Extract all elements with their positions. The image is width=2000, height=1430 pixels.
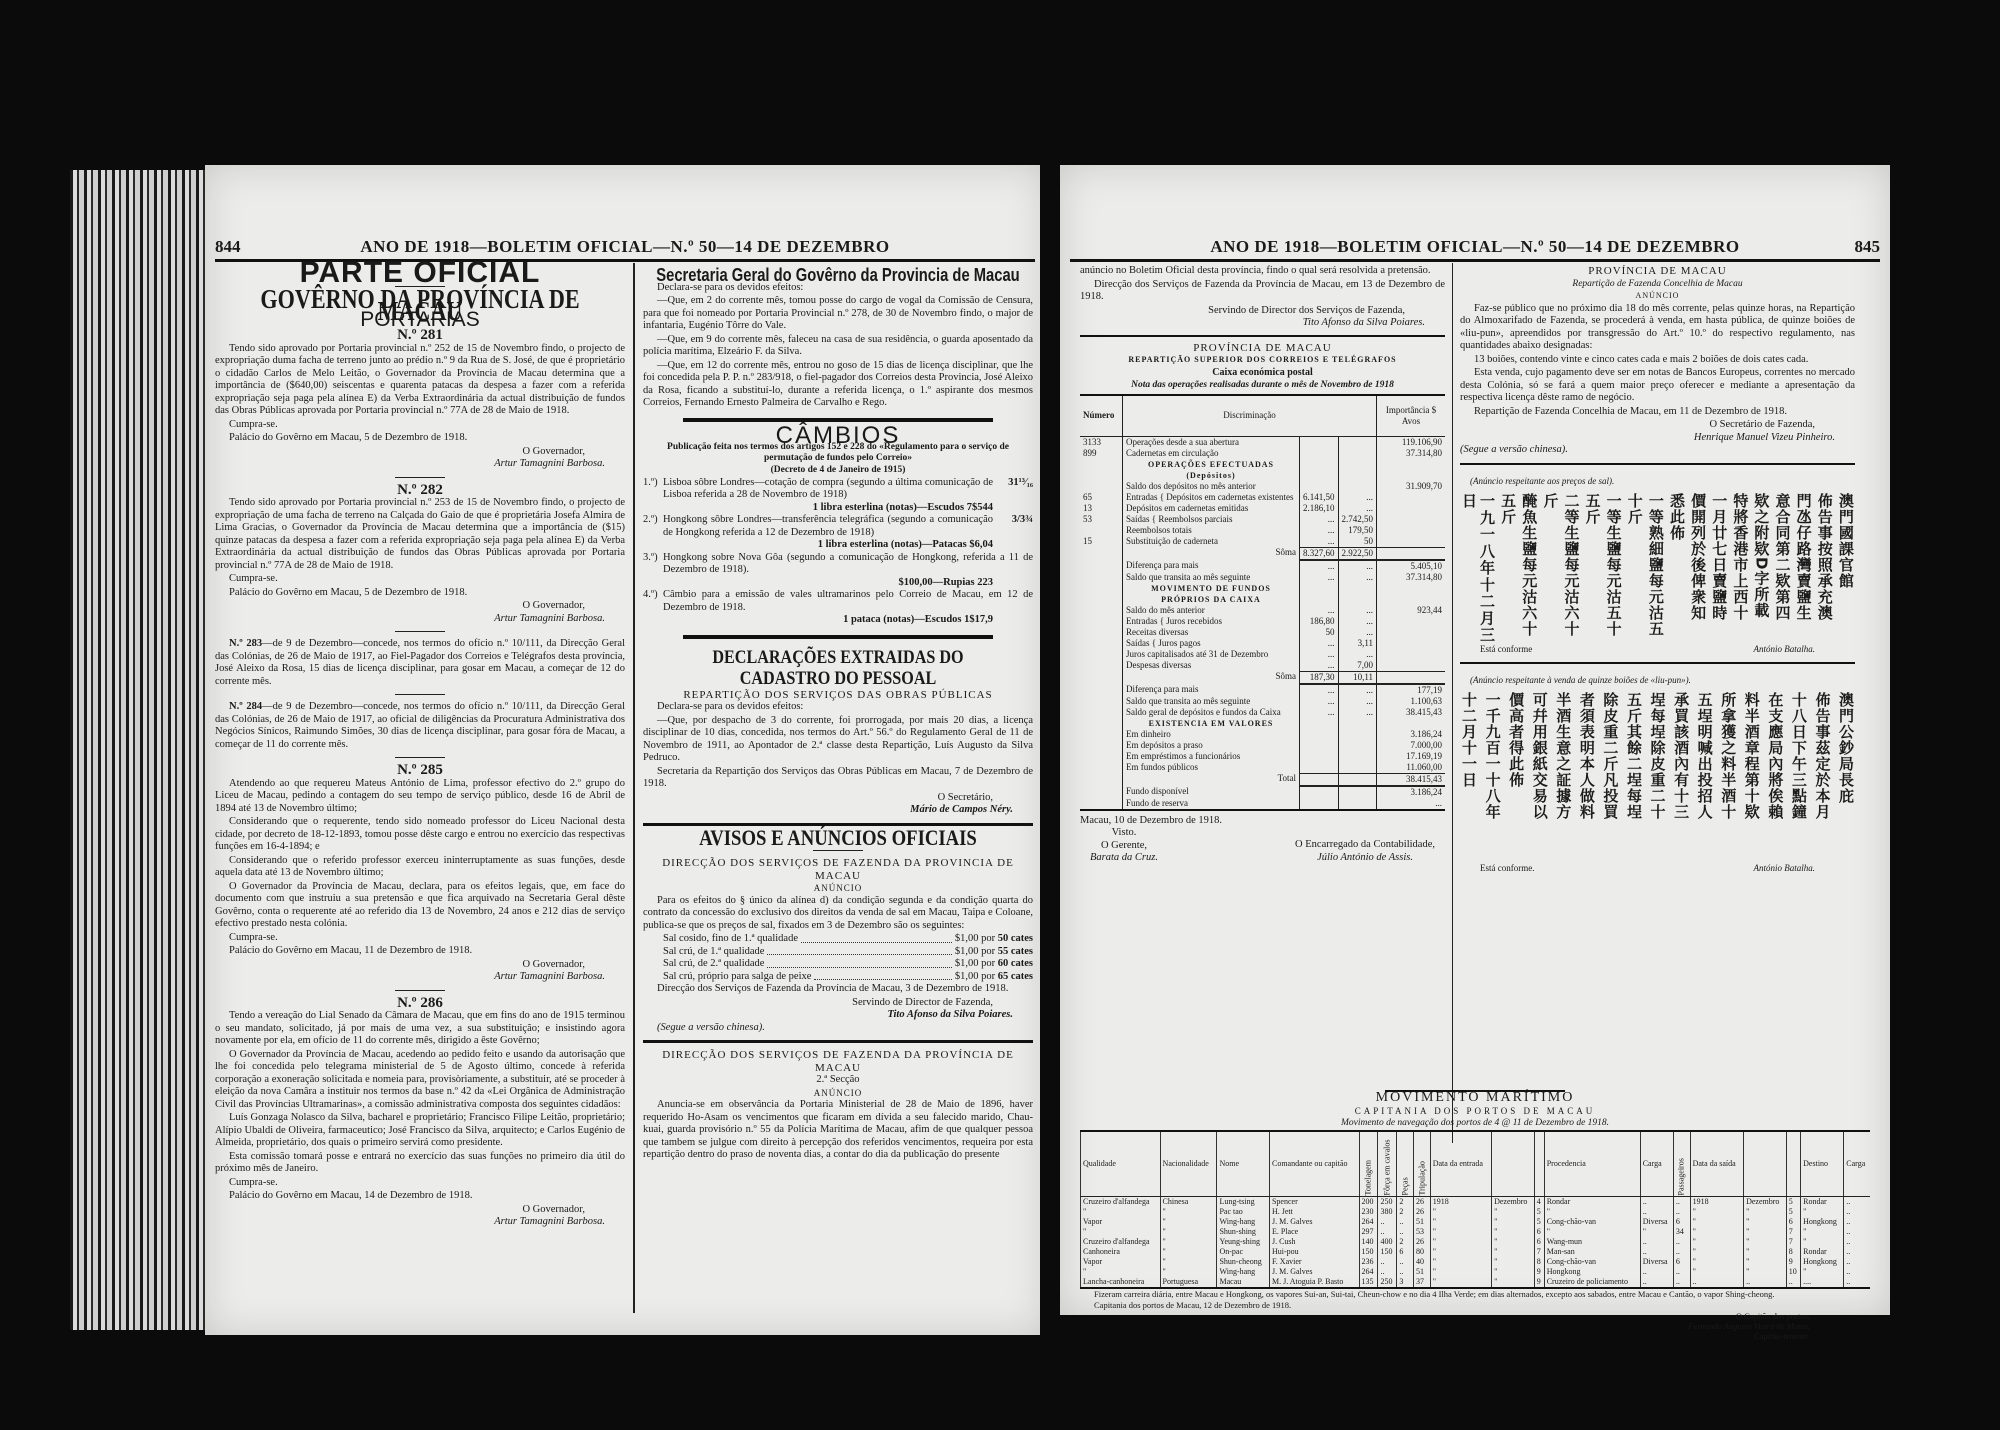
- table-cell: ..: [1844, 1257, 1870, 1267]
- table-cell: ..: [1640, 1237, 1673, 1247]
- importancia-cell: [1377, 627, 1446, 638]
- importancia-cell: 17.169,19: [1377, 751, 1446, 762]
- label-cell: Em dinheiro: [1123, 729, 1300, 740]
- importancia-cell: [1377, 492, 1446, 503]
- saidas-cell: ...: [1338, 707, 1377, 718]
- table-cell: ": [1744, 1227, 1787, 1237]
- entradas-cell: ...: [1300, 605, 1339, 616]
- caixa-row: 65Entradas { Depósitos em cadernetas exi…: [1080, 492, 1445, 503]
- caixa-row: Diferença para mais......5.405,10: [1080, 560, 1445, 572]
- table-cell: 1918: [1690, 1196, 1743, 1207]
- table-cell: ": [1690, 1267, 1743, 1277]
- table-cell: 135: [1359, 1277, 1378, 1288]
- chinese-text-column: 五斤: [1499, 493, 1517, 643]
- table-cell: ": [1081, 1227, 1161, 1237]
- governo-heading: GOVÊRNO DA PROVÍNCIA DE MACAU: [252, 293, 588, 318]
- chinese-text-column: 澳門公鈔局長庇: [1837, 692, 1855, 862]
- label-cell: Total: [1123, 773, 1300, 786]
- table-cell: 150: [1378, 1247, 1397, 1257]
- table-cell: ": [1690, 1247, 1743, 1257]
- num-cell: [1080, 638, 1123, 649]
- importancia-cell: [1377, 638, 1446, 649]
- entradas-cell: ...: [1300, 525, 1339, 536]
- caixa-row: Fundo de reserva...: [1080, 798, 1445, 810]
- portaria-286: N.º 286 Tendo a vereação do Lial Senado …: [215, 997, 625, 1229]
- table-cell: ..: [1844, 1227, 1870, 1237]
- table-cell: Pac tao: [1217, 1207, 1270, 1217]
- caixa-row: EXISTENCIA EM VALORES: [1080, 718, 1445, 729]
- chinese-text-column: 門氹仔路灣賣鹽生: [1795, 493, 1813, 643]
- saidas-cell: 3,11: [1338, 638, 1377, 649]
- importancia-cell: 37.314,80: [1377, 448, 1446, 459]
- table-cell: M. J. Atoguia P. Basto: [1269, 1277, 1359, 1288]
- chinese-salt-notice: (Anúncio respeitante aos preços de sal).…: [1460, 475, 1855, 656]
- price-row: Sal cosido, fino de 1.ª qualidade$1,00 p…: [643, 933, 1033, 946]
- table-cell: ..: [1744, 1277, 1787, 1288]
- importancia-cell: [1377, 671, 1446, 684]
- chinese-text-column: 澳門國課官館: [1837, 493, 1855, 643]
- entradas-cell: ...: [1300, 638, 1339, 649]
- table-row: Lancha-canhoneiraPortuguesaMacauM. J. At…: [1081, 1277, 1871, 1288]
- column-header: [1786, 1131, 1800, 1197]
- column-divider: [1452, 263, 1453, 1143]
- table-cell: Cong-chão-van: [1544, 1257, 1640, 1267]
- entradas-cell: [1300, 718, 1339, 729]
- table-cell: ....: [1801, 1277, 1844, 1288]
- table-cell: 5: [1534, 1217, 1544, 1227]
- table-cell: ..: [1640, 1277, 1673, 1288]
- column-header: Qualidade: [1081, 1131, 1161, 1197]
- running-title: ANO DE 1918—BOLETIM OFICIAL—N.º 50—14 DE…: [215, 237, 1035, 257]
- table-cell: 40: [1414, 1257, 1431, 1267]
- signature: Artur Tamagnini Barbosa.: [215, 1216, 625, 1229]
- caixa-row: MOVIMENTO DE FUNDOS PRÓPRIOS DA CAIXA: [1080, 583, 1445, 605]
- table-cell: ": [1801, 1267, 1844, 1277]
- label-cell: Saldo que transita ao mês seguinte: [1123, 696, 1300, 707]
- table-cell: ": [1492, 1267, 1535, 1277]
- table-cell: ": [1430, 1257, 1491, 1267]
- saidas-cell: 179,50: [1338, 525, 1377, 536]
- table-cell: ..: [1673, 1237, 1690, 1247]
- importancia-cell: 38.415,43: [1377, 707, 1446, 718]
- table-cell: ": [1492, 1227, 1535, 1237]
- importancia-cell: 5.405,10: [1377, 560, 1446, 572]
- table-cell: ": [1801, 1237, 1844, 1247]
- table-cell: 264: [1359, 1217, 1378, 1227]
- table-cell: ": [1690, 1227, 1743, 1237]
- chinese-text-column: 悉此佈: [1668, 493, 1686, 643]
- label-cell: Saídas { Reembolsos parciais: [1123, 514, 1300, 525]
- column-header: Nacionalidade: [1160, 1131, 1217, 1197]
- saidas-cell: [1338, 481, 1377, 492]
- importancia-cell: [1377, 536, 1446, 548]
- saidas-cell: [1338, 751, 1377, 762]
- table-row: Vapor"Wing-hangJ. M. Galves264....51""5C…: [1081, 1217, 1871, 1227]
- column-header: Nome: [1217, 1131, 1270, 1197]
- chinese-text-column: 意合同第二欵第四: [1774, 493, 1792, 643]
- caixa-row: Saídas { Juros pagos...3,11: [1080, 638, 1445, 649]
- saidas-cell: ...: [1338, 503, 1377, 514]
- book-page-edges: [70, 170, 210, 1330]
- table-cell: 400: [1378, 1237, 1397, 1247]
- num-cell: 3133: [1080, 436, 1123, 448]
- chinese-text-column: 佈告事按照承充澳: [1816, 493, 1834, 643]
- portaria-285: N.º 285 Atendendo ao que requereu Mateus…: [215, 764, 625, 984]
- table-cell: Rondar: [1801, 1196, 1844, 1207]
- table-cell: 9: [1534, 1277, 1544, 1288]
- table-cell: ": [1744, 1267, 1787, 1277]
- label-cell: Saldo que transita ao mês seguinte: [1123, 572, 1300, 583]
- table-row: ""Shun-shingE. Place297....53""6""34""7"…: [1081, 1227, 1871, 1237]
- caixa-row: Juros capitalisados até 31 de Dezembro..…: [1080, 649, 1445, 660]
- chinese-text-column: 埕每埕除皮重二十: [1649, 692, 1667, 862]
- saidas-cell: ...: [1338, 560, 1377, 572]
- table-cell: Cruzeiro de policiamento: [1544, 1277, 1640, 1288]
- entradas-cell: 186,80: [1300, 616, 1339, 627]
- table-cell: Hongkong: [1801, 1217, 1844, 1227]
- table-cell: Man-san: [1544, 1247, 1640, 1257]
- table-cell: ..: [1673, 1247, 1690, 1257]
- label-cell: Sôma: [1123, 671, 1300, 684]
- importancia-cell: 31.909,70: [1377, 481, 1446, 492]
- saidas-cell: 10,11: [1338, 671, 1377, 684]
- label-cell: Depósitos em cadernetas emitidas: [1123, 503, 1300, 514]
- signature: Artur Tamagnini Barbosa.: [215, 971, 625, 984]
- column-divider: [633, 263, 635, 1313]
- table-cell: 37: [1414, 1277, 1431, 1288]
- table-cell: 6: [1673, 1257, 1690, 1267]
- table-cell: ..: [1378, 1267, 1397, 1277]
- table-cell: ..: [1844, 1267, 1870, 1277]
- table-cell: Dezembro: [1744, 1196, 1787, 1207]
- table-cell: ..: [1844, 1196, 1870, 1207]
- importancia-cell: 7.000,00: [1377, 740, 1446, 751]
- saidas-cell: [1338, 459, 1377, 481]
- table-cell: ..: [1640, 1196, 1673, 1207]
- table-cell: Wang-mun: [1544, 1237, 1640, 1247]
- caixa-row: Saldo que transita ao mês seguinte......…: [1080, 696, 1445, 707]
- table-cell: 9: [1534, 1267, 1544, 1277]
- table-cell: H. Jett: [1269, 1207, 1359, 1217]
- num-cell: [1080, 684, 1123, 696]
- table-cell: Cong-chão-van: [1544, 1217, 1640, 1227]
- num-cell: [1080, 547, 1123, 560]
- label-cell: Saldo dos depósitos no mês anterior: [1123, 481, 1300, 492]
- table-cell: ": [1430, 1237, 1491, 1247]
- cambio-item: 3.º)Hongkong sobre Nova Gôa (segundo a c…: [643, 552, 1033, 577]
- price-row: Sal crú, próprio para salga de peixe$1,0…: [643, 971, 1033, 984]
- num-cell: [1080, 740, 1123, 751]
- table-cell: Rondar: [1801, 1247, 1844, 1257]
- table-row: Vapor"Shun-cheongF. Xavier236....40""8Co…: [1081, 1257, 1871, 1267]
- page-number: 845: [1855, 237, 1881, 257]
- chinese-text-column: 一等生鹽每元沽五十: [1605, 493, 1623, 643]
- signature: Artur Tamagnini Barbosa.: [215, 613, 625, 626]
- table-cell: ..: [1640, 1267, 1673, 1277]
- num-cell: 53: [1080, 514, 1123, 525]
- table-row: Cruzeiro d'alfandegaChinesaLung-tsingSpe…: [1081, 1196, 1871, 1207]
- caixa-row: Saldo do mês anterior......923,44: [1080, 605, 1445, 616]
- table-cell: ..: [1378, 1227, 1397, 1237]
- caixa-row: Em dinheiro3.186,24: [1080, 729, 1445, 740]
- importancia-cell: ...: [1377, 798, 1446, 810]
- num-cell: [1080, 481, 1123, 492]
- chinese-text-column: 十二月十一日: [1460, 692, 1478, 862]
- importancia-cell: [1377, 616, 1446, 627]
- num-cell: [1080, 798, 1123, 810]
- entradas-cell: [1300, 762, 1339, 774]
- chinese-text-column: 所拿獲之料半酒十: [1719, 692, 1737, 862]
- num-cell: 13: [1080, 503, 1123, 514]
- num-cell: [1080, 583, 1123, 605]
- table-cell: 5: [1534, 1207, 1544, 1217]
- table-cell: ": [1801, 1207, 1844, 1217]
- importancia-cell: 3.186,24: [1377, 729, 1446, 740]
- table-cell: On-pac: [1217, 1247, 1270, 1257]
- column-header: Procedencia: [1544, 1131, 1640, 1197]
- table-cell: Wing-hang: [1217, 1217, 1270, 1227]
- secretaria-heading: Secretaria Geral do Govêrno da Provincia…: [654, 269, 1023, 282]
- chinese-text-column: 五斤其餘二埕每埕: [1625, 692, 1643, 862]
- table-row: Cruzeiro d'alfandega"Yeung-shingJ. Cush1…: [1081, 1237, 1871, 1247]
- entradas-cell: [1300, 786, 1339, 798]
- table-cell: 250: [1378, 1196, 1397, 1207]
- table-cell: 200: [1359, 1196, 1378, 1207]
- table-cell: ..: [1844, 1217, 1870, 1227]
- entradas-cell: [1300, 798, 1339, 810]
- table-cell: ..: [1378, 1217, 1397, 1227]
- chinese-text-column: 特將香港市上西十: [1731, 493, 1749, 643]
- portaria-282: N.º 282 Tendo sido aprovado por Portaria…: [215, 484, 625, 626]
- label-cell: Reembolsos totais: [1123, 525, 1300, 536]
- fazenda-2-section: DIRECÇÃO DOS SERVIÇOS DE FAZENDA DA PROV…: [643, 1049, 1033, 1162]
- table-cell: Shun-shing: [1217, 1227, 1270, 1237]
- label-cell: Fundo disponível: [1123, 786, 1300, 798]
- label-cell: Operações desde a sua abertura: [1123, 436, 1300, 448]
- label-cell: Receitas diversas: [1123, 627, 1300, 638]
- declaracoes-section: DECLARAÇÕES EXTRAIDAS DO CADASTRO DO PES…: [643, 647, 1033, 817]
- num-cell: [1080, 786, 1123, 798]
- entradas-cell: [1300, 729, 1339, 740]
- saidas-cell: [1338, 798, 1377, 810]
- table-cell: Shun-cheong: [1217, 1257, 1270, 1267]
- caixa-row: Em depósitos a praso7.000,00: [1080, 740, 1445, 751]
- num-cell: [1080, 660, 1123, 672]
- table-cell: Lung-tsing: [1217, 1196, 1270, 1207]
- entradas-cell: [1300, 459, 1339, 481]
- table-cell: ..: [1844, 1237, 1870, 1247]
- num-cell: 15: [1080, 536, 1123, 548]
- table-cell: Canhoneira: [1081, 1247, 1161, 1257]
- table-cell: 8: [1786, 1247, 1800, 1257]
- saidas-cell: [1338, 718, 1377, 729]
- table-cell: ": [1801, 1227, 1844, 1237]
- table-cell: 51: [1414, 1267, 1431, 1277]
- table-cell: ..: [1378, 1257, 1397, 1267]
- table-cell: Cruzeiro d'alfandega: [1081, 1237, 1161, 1247]
- chinese-text-column: 斤: [1541, 493, 1559, 643]
- table-cell: ..: [1397, 1227, 1414, 1237]
- table-cell: ..: [1673, 1207, 1690, 1217]
- table-cell: 6: [1786, 1217, 1800, 1227]
- table-cell: 10: [1786, 1267, 1800, 1277]
- caixa-row: Diferença para mais......177,19: [1080, 684, 1445, 696]
- importancia-cell: 177,19: [1377, 684, 1446, 696]
- importancia-cell: [1377, 649, 1446, 660]
- chinese-text-column: 欵之附欵D字所載: [1752, 493, 1770, 643]
- num-cell: [1080, 762, 1123, 774]
- column-header: [1744, 1131, 1787, 1197]
- entradas-cell: ...: [1300, 536, 1339, 548]
- saidas-cell: [1338, 729, 1377, 740]
- num-cell: [1080, 560, 1123, 572]
- entradas-cell: 6.141,50: [1300, 492, 1339, 503]
- table-cell: 5: [1786, 1196, 1800, 1207]
- table-cell: 34: [1673, 1227, 1690, 1237]
- table-cell: 51: [1414, 1217, 1431, 1227]
- table-cell: Macau: [1217, 1277, 1270, 1288]
- label-cell: Despesas diversas: [1123, 660, 1300, 672]
- saidas-cell: [1338, 740, 1377, 751]
- portaria-283: N.º 283—de 9 de Dezembro—concede, nos te…: [215, 638, 625, 688]
- caixa-row: Total38.415,43: [1080, 773, 1445, 786]
- table-cell: ": [1690, 1237, 1743, 1247]
- entradas-cell: [1300, 751, 1339, 762]
- saidas-cell: [1338, 786, 1377, 798]
- table-cell: ": [1160, 1257, 1217, 1267]
- chinese-text-column: 半酒生意之証據方: [1554, 692, 1572, 862]
- importancia-cell: 11.060,00: [1377, 762, 1446, 774]
- entradas-cell: 8.327,60: [1300, 547, 1339, 560]
- label-cell: Diferença para mais: [1123, 684, 1300, 696]
- num-cell: [1080, 627, 1123, 638]
- num-cell: [1080, 729, 1123, 740]
- caixa-row: Fundo disponível3.186,24: [1080, 786, 1445, 798]
- table-cell: ": [1081, 1267, 1161, 1277]
- table-cell: ": [1690, 1207, 1743, 1217]
- label-cell: Entradas { Juros recebidos: [1123, 616, 1300, 627]
- caixa-row: Reembolsos totais...179,50: [1080, 525, 1445, 536]
- table-cell: 5: [1786, 1207, 1800, 1217]
- table-cell: ..: [1844, 1207, 1870, 1217]
- num-cell: [1080, 718, 1123, 729]
- table-cell: ": [1160, 1207, 1217, 1217]
- left-page: 844 ANO DE 1918—BOLETIM OFICIAL—N.º 50—1…: [205, 165, 1045, 1335]
- num-cell: [1080, 459, 1123, 481]
- label-cell: Saldo geral de depósitos e fundos da Cai…: [1123, 707, 1300, 718]
- table-cell: ": [1492, 1217, 1535, 1227]
- chinese-text-column: 承買該酒內有十三: [1672, 692, 1690, 862]
- table-cell: 26: [1414, 1196, 1431, 1207]
- table-cell: 7: [1786, 1227, 1800, 1237]
- importancia-cell: [1377, 660, 1446, 672]
- table-row: ""Pac taoH. Jett230380226""5"....""5"..: [1081, 1207, 1871, 1217]
- chinese-text-column: 可幷用銀紙交易以: [1531, 692, 1549, 862]
- entradas-cell: ...: [1300, 707, 1339, 718]
- cambio-item: 4.º)Câmbio para a emissão de vales ultra…: [643, 589, 1033, 614]
- table-cell: ": [1640, 1227, 1673, 1237]
- table-cell: E. Place: [1269, 1227, 1359, 1237]
- chinese-text-column: 五埕明喊出投招人: [1696, 692, 1714, 862]
- saidas-cell: [1338, 448, 1377, 459]
- caixa-row: Saldo dos depósitos no mês anterior31.90…: [1080, 481, 1445, 492]
- table-cell: ": [1744, 1257, 1787, 1267]
- caixa-row: Receitas diversas50...: [1080, 627, 1445, 638]
- chinese-text-column: 五斤: [1584, 493, 1602, 643]
- table-cell: ..: [1673, 1277, 1690, 1288]
- column-header: Tripulação: [1414, 1131, 1431, 1197]
- column-header: Fôrça em cavalos: [1378, 1131, 1397, 1197]
- entradas-cell: [1300, 740, 1339, 751]
- num-cell: [1080, 671, 1123, 684]
- table-cell: ": [1160, 1227, 1217, 1237]
- table-cell: F. Xavier: [1269, 1257, 1359, 1267]
- label-cell: Fundo de reserva: [1123, 798, 1300, 810]
- column-header: Data da entrada: [1430, 1131, 1491, 1197]
- table-cell: 250: [1378, 1277, 1397, 1288]
- table-cell: ": [1430, 1267, 1491, 1277]
- caixa-row: 899Cadernetas em circulação37.314,80: [1080, 448, 1445, 459]
- table-cell: 3: [1397, 1277, 1414, 1288]
- table-cell: ": [1430, 1247, 1491, 1257]
- table-cell: Rondar: [1544, 1196, 1640, 1207]
- table-cell: ": [1492, 1237, 1535, 1247]
- entradas-cell: ...: [1300, 560, 1339, 572]
- table-cell: 80: [1414, 1247, 1431, 1257]
- caixa-row: Em fundos públicos11.060,00: [1080, 762, 1445, 774]
- table-cell: Diversa: [1640, 1217, 1673, 1227]
- caixa-row: 13Depósitos em cadernetas emitidas2.186,…: [1080, 503, 1445, 514]
- table-cell: 9: [1786, 1257, 1800, 1267]
- entradas-cell: [1300, 583, 1339, 605]
- table-cell: 6: [1534, 1237, 1544, 1247]
- entradas-cell: ...: [1300, 696, 1339, 707]
- label-cell: MOVIMENTO DE FUNDOS PRÓPRIOS DA CAIXA: [1123, 583, 1300, 605]
- caixa-row: 53Saídas { Reembolsos parciais...2.742,5…: [1080, 514, 1445, 525]
- table-cell: ": [1690, 1257, 1743, 1267]
- table-row: Canhoneira"On-pacHui-pou150150680""7Man-…: [1081, 1247, 1871, 1257]
- chinese-text-column: 料半酒章程第十欵: [1743, 692, 1761, 862]
- chinese-text-column: 一月廿七日賣鹽時: [1710, 493, 1728, 643]
- num-cell: 65: [1080, 492, 1123, 503]
- signature: Mário de Campos Néry.: [643, 804, 1033, 817]
- table-cell: ": [1430, 1227, 1491, 1237]
- signature: Henrique Manuel Vizeu Pinheiro.: [1460, 432, 1855, 445]
- saidas-cell: [1338, 583, 1377, 605]
- label-cell: Entradas { Depósitos em cadernetas exist…: [1123, 492, 1300, 503]
- importancia-cell: [1377, 459, 1446, 481]
- parte-oficial-heading: PARTE OFICIAL: [215, 267, 625, 280]
- importancia-cell: 38.415,43: [1377, 773, 1446, 786]
- column-header: Data da saída: [1690, 1131, 1743, 1197]
- column-portarias: PARTE OFICIAL GOVÊRNO DA PROVÍNCIA DE MA…: [215, 265, 625, 1229]
- movimento-maritimo: MOVIMENTO MARÍTIMO CAPITANIA DOS PORTOS …: [1080, 1090, 1870, 1341]
- running-title: ANO DE 1918—BOLETIM OFICIAL—N.º 50—14 DE…: [1070, 237, 1880, 257]
- table-cell: 150: [1359, 1247, 1378, 1257]
- label-cell: Saldo do mês anterior: [1123, 605, 1300, 616]
- column-header: Destino: [1801, 1131, 1844, 1197]
- avisos-section: AVISOS E ANÚNCIOS OFICIAIS DIRECÇÃO DOS …: [643, 832, 1033, 1035]
- cambio-item: 1.º)Lisboa sôbre Londres—cotação de comp…: [643, 477, 1033, 502]
- table-cell: J. M. Galves: [1269, 1217, 1359, 1227]
- table-cell: 4: [1534, 1196, 1544, 1207]
- table-cell: ..: [1844, 1277, 1870, 1288]
- table-cell: ..: [1673, 1267, 1690, 1277]
- table-cell: ": [1081, 1207, 1161, 1217]
- importancia-cell: [1377, 583, 1446, 605]
- column-secretaria: Secretaria Geral do Govêrno da Provincia…: [643, 269, 1033, 1163]
- entradas-cell: [1300, 448, 1339, 459]
